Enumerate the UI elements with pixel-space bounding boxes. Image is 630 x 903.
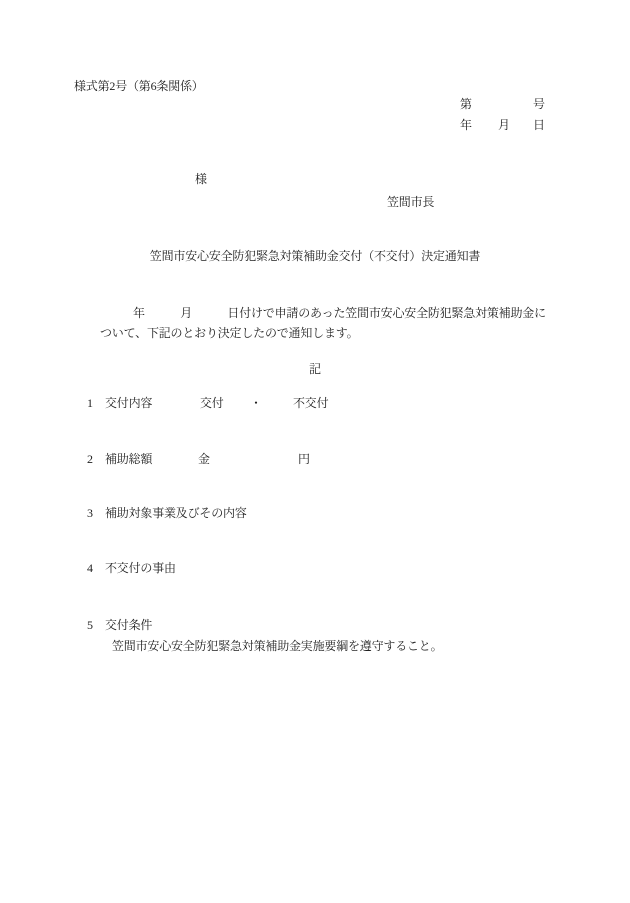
item-label: 補助総額 — [105, 452, 152, 467]
item-number: 2 — [87, 452, 93, 467]
item-note: 笠間市安心安全防犯緊急対策補助金実施要綱を遵守すること。 — [112, 639, 442, 654]
item-label: 補助対象事業及びその内容 — [105, 506, 247, 521]
item-label: 交付内容 — [105, 396, 152, 411]
item-number: 1 — [87, 396, 93, 411]
item-label: 不交付の事由 — [105, 561, 176, 576]
item-label: 交付条件 — [105, 618, 152, 633]
item-number: 3 — [87, 506, 93, 521]
body-line-1: 年 月 日付けで申請のあった笠間市安心安全防犯緊急対策補助金に — [133, 306, 546, 321]
grant-option: 交付 — [200, 396, 224, 411]
date-day-label: 日 — [533, 118, 545, 133]
sender-name: 笠間市長 — [387, 195, 434, 210]
record-heading: 記 — [0, 362, 630, 377]
item-number: 4 — [87, 561, 93, 576]
doc-number-prefix: 第 — [460, 97, 472, 112]
doc-number-suffix: 号 — [533, 97, 545, 112]
amount-suffix: 円 — [298, 452, 310, 467]
document-title: 笠間市安心安全防犯緊急対策補助金交付（不交付）決定通知書 — [0, 249, 630, 264]
option-separator-dot: ・ — [250, 396, 262, 411]
non-grant-option: 不交付 — [293, 396, 328, 411]
item-number: 5 — [87, 618, 93, 633]
body-line-2: ついて、下記のとおり決定したので通知します。 — [100, 326, 358, 341]
addressee-honorific: 様 — [195, 172, 207, 187]
document-page: 様式第2号（第6条関係） 第 号 年 月 日 様 笠間市長 笠間市安心安全防犯緊… — [0, 0, 630, 903]
amount-prefix: 金 — [198, 452, 210, 467]
form-number: 様式第2号（第6条関係） — [74, 79, 204, 94]
date-year-label: 年 — [460, 118, 472, 133]
date-month-label: 月 — [498, 118, 510, 133]
